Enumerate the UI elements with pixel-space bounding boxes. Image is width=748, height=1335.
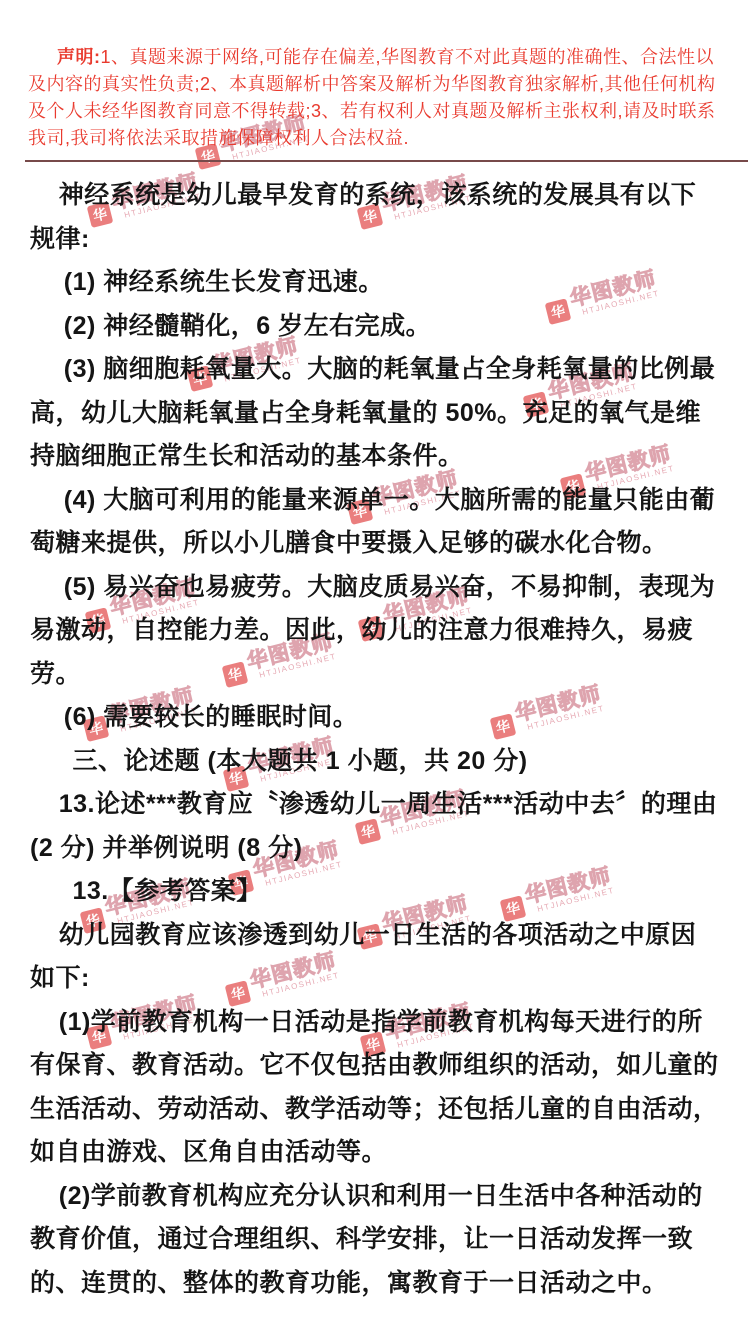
paragraph: (1) 神经系统生长发育迅速。 <box>30 261 720 305</box>
paragraph: 三、论述题 (本大题共 1 小题，共 20 分) <box>30 740 720 784</box>
paragraph: 13.【参考答案】 <box>30 870 720 914</box>
paragraph: 13.论述***教育应〝渗透幼儿一周生活***活动中去〞的理由 (2 分) 并举… <box>30 783 720 870</box>
document-body: 神经系统是幼儿最早发育的系统，该系统的发展具有以下规律:(1) 神经系统生长发育… <box>0 162 748 1305</box>
paragraph: (1)学前教育机构一日活动是指学前教育机构每天进行的所有保育、教育活动。它不仅包… <box>30 1001 720 1175</box>
paragraph: (2)学前教育机构应充分认识和利用一日生活中各种活动的教育价值，通过合理组织、科… <box>30 1175 720 1306</box>
paragraph: (4) 大脑可利用的能量来源单一。大脑所需的能量只能由葡萄糖来提供，所以小儿膳食… <box>30 479 720 566</box>
disclaimer-text: 1、真题来源于网络,可能存在偏差,华图教育不对此真题的准确性、合法性以及内容的真… <box>28 47 716 148</box>
content-layer: 声明:1、真题来源于网络,可能存在偏差,华图教育不对此真题的准确性、合法性以及内… <box>0 0 748 1305</box>
paragraph: (5) 易兴奋也易疲劳。大脑皮质易兴奋，不易抑制，表现为易激动，自控能力差。因此… <box>30 566 720 697</box>
paragraph: (3) 脑细胞耗氧量大。大脑的耗氧量占全身耗氧量的比例最高，幼儿大脑耗氧量占全身… <box>30 348 720 479</box>
paragraph: (2) 神经髓鞘化，6 岁左右完成。 <box>30 305 720 349</box>
document-page: 华华图教师HTJIAOSHI.NET华华图教师HTJIAOSHI.NET华华图教… <box>0 0 748 1335</box>
paragraph: 幼儿园教育应该渗透到幼儿一日生活的各项活动之中原因如下: <box>30 914 720 1001</box>
disclaimer-label: 声明: <box>57 47 101 67</box>
paragraph: (6) 需要较长的睡眠时间。 <box>30 696 720 740</box>
paragraph: 神经系统是幼儿最早发育的系统，该系统的发展具有以下规律: <box>30 174 720 261</box>
disclaimer: 声明:1、真题来源于网络,可能存在偏差,华图教育不对此真题的准确性、合法性以及内… <box>0 0 748 152</box>
